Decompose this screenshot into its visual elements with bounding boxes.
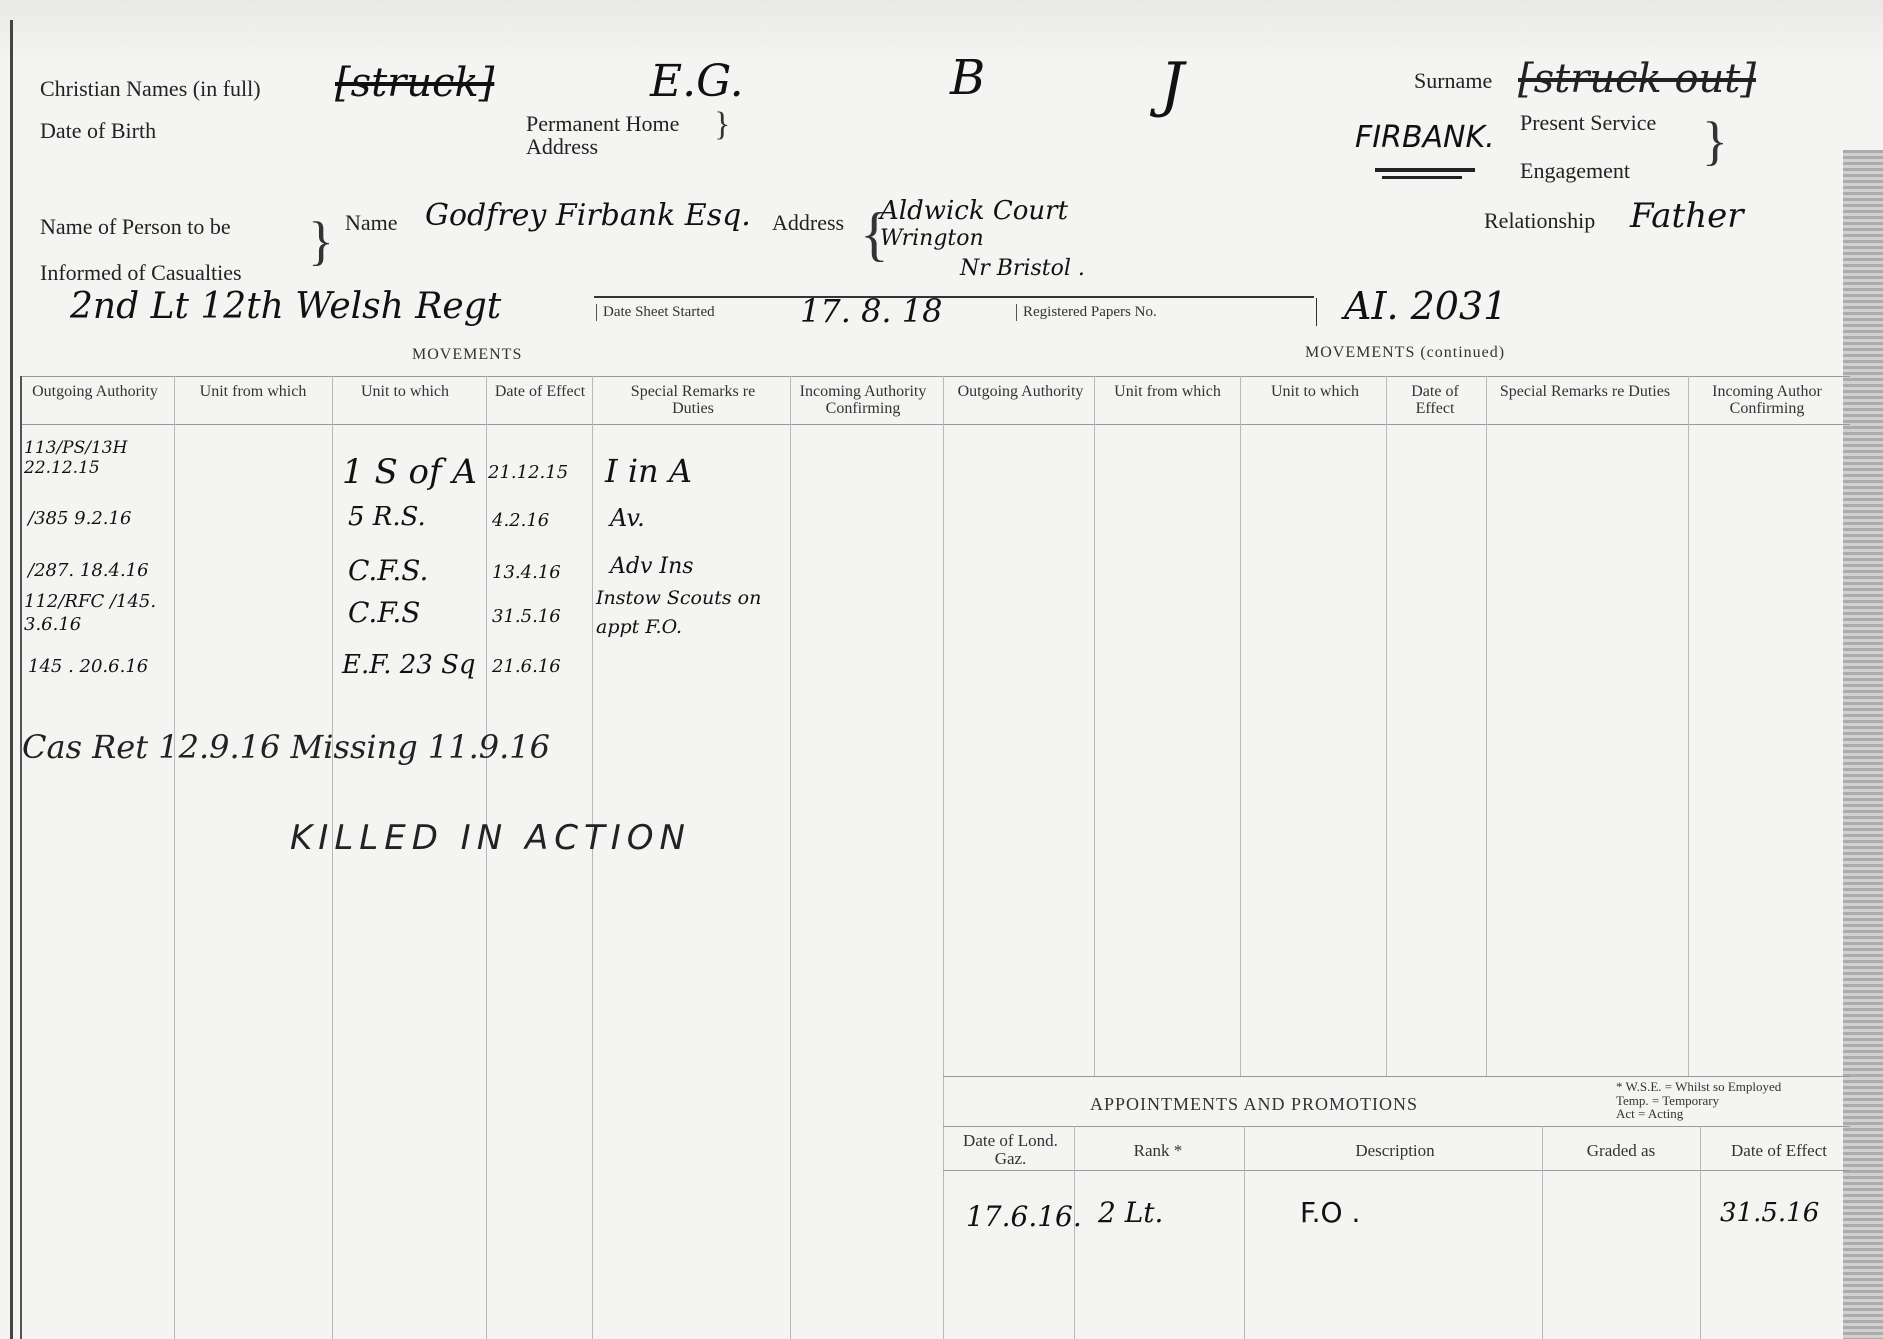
surname-label: Surname [1414,68,1492,94]
brace: } [308,210,334,272]
permanent-home-label: Permanent HomeAddress [526,112,679,158]
appt-date-of-effect: 31.5.16 [1720,1198,1819,1228]
appointments-header-top [943,1126,1850,1127]
row-4-unit-to: C.F.S [348,596,420,629]
movements-title: MOVEMENTS [412,346,522,364]
registered-papers-label: Registered Papers No. [1016,304,1157,321]
informed-label-2: Informed of Casualties [40,260,242,286]
row-5-date: 21.6.16 [492,656,561,677]
row-3-remarks: Adv Ins [610,554,694,579]
row-1-remarks: I in A [605,452,692,490]
legend-wse: * W.S.E. = Whilst so Employed [1616,1080,1781,1094]
row-2-remarks: Av. [610,504,645,532]
killed-in-action-note: KILLED IN ACTION [290,818,691,858]
row-1-date: 21.12.15 [488,462,568,483]
address-line-3: Nr Bristol . [960,256,1085,281]
col-rule [1240,376,1241,1076]
col-unit-to: Unit to which [355,384,455,401]
name-label: Name [345,210,398,236]
col-description: Description [1250,1142,1540,1160]
col-rule [1700,1126,1701,1339]
row-3-outgoing: /287. 18.4.16 [28,560,149,581]
col-unit-from-cont: Unit from which [1100,384,1235,401]
col-rank: Rank * [1078,1142,1238,1160]
date-of-birth-label: Date of Birth [40,118,156,144]
col-date-of-effect: Date of Effect [1704,1142,1854,1160]
permanent-home-text: Permanent Home [526,111,679,136]
row-4-remarks: Instow Scouts on appt F.O. [596,584,786,641]
address-label: Address [772,210,844,236]
col-rule [1688,376,1689,1076]
col-graded-as: Graded as [1546,1142,1696,1160]
col-rule [943,376,944,1339]
row-5-unit-to: E.F. 23 Sq [342,650,476,680]
col-special-remarks-cont: Special Remarks re Duties [1490,384,1680,401]
header-bottom-rule [20,424,1850,425]
row-2-unit-to: 5 R.S. [348,502,426,532]
row-2-date: 4.2.16 [492,510,549,531]
appointments-header-bottom [943,1170,1850,1171]
brace: } [714,106,730,144]
movements-continued-title: MOVEMENTS (continued) [1305,344,1505,362]
col-rule [1386,376,1387,1076]
row-4-outgoing: 112/RFC /145. 3.6.16 [24,590,174,637]
row-4-date: 31.5.16 [492,606,561,627]
name-value: Godfrey Firbank Esq. [425,198,751,233]
col-date-effect: Date of Effect [490,384,590,401]
present-service-label: Present Service [1520,110,1656,136]
col-incoming-authority: Incoming Authority Confirming [788,384,938,418]
col-unit-to-cont: Unit to which [1245,384,1385,401]
permanent-address-text: Address [526,134,598,159]
relationship-value: Father [1630,196,1744,236]
date-sheet-started-value: 17. 8. 18 [800,292,942,330]
col-rule [1542,1126,1543,1339]
casualty-note: Cas Ret 12.9.16 Missing 11.9.16 [22,728,550,766]
christian-name-3: B [950,50,985,106]
col-rule [1486,376,1487,1076]
paper-left-border [10,20,13,1339]
divider [594,296,1314,298]
row-3-date: 13.4.16 [492,562,561,583]
appointments-title: APPOINTMENTS AND PROMOTIONS [1090,1094,1418,1115]
col-rule [20,376,22,1339]
col-rule [1244,1126,1245,1339]
col-special-remarks: Special Remarks re Duties [608,384,778,418]
appt-rank: 2 Lt. [1098,1196,1163,1229]
surname-value: FIRBANK. [1355,120,1495,155]
appt-gazette-date: 17.6.16. [966,1200,1082,1233]
underline [1382,176,1462,179]
col-outgoing-authority-cont: Outgoing Authority [948,384,1093,401]
engagement-label: Engagement [1520,158,1630,184]
divider [1316,298,1317,326]
col-outgoing-authority: Outgoing Authority [20,384,170,401]
col-rule [174,376,175,1339]
legend: * W.S.E. = Whilst so Employed Temp. = Te… [1616,1080,1781,1121]
row-5-outgoing: 145 . 20.6.16 [28,656,148,677]
appointments-top-rule [943,1076,1850,1077]
brace: } [1702,110,1728,172]
col-date-effect-cont: Date of Effect [1390,384,1480,418]
address-line-2: Wrington [880,226,984,251]
informed-label-1: Name of Person to be [40,214,231,240]
relationship-label: Relationship [1484,208,1595,234]
underline [1375,168,1475,172]
row-2-outgoing: /385 9.2.16 [28,508,131,529]
col-rule [790,376,791,1339]
legend-act: Act = Acting [1616,1107,1781,1121]
date-sheet-started-label: Date Sheet Started [596,304,715,321]
col-date-lond-gaz: Date of Lond. Gaz. [948,1132,1073,1168]
rank-unit: 2nd Lt 12th Welsh Regt [70,286,501,327]
row-1-unit-to: 1 S of A [342,452,477,492]
legend-temp: Temp. = Temporary [1616,1094,1781,1108]
paper-top-edge [0,0,1883,60]
paper-right-edge [1843,150,1883,1339]
col-incoming-authority-cont: Incoming Author Confirming [1692,384,1842,418]
registered-papers-value: AI. 2031 [1344,284,1507,328]
christian-names-label: Christian Names (in full) [40,76,261,102]
appt-description: F.O . [1300,1196,1360,1229]
header-top-rule [20,376,1850,377]
christian-name-4: J [1160,50,1184,120]
surname-struck: [struck out] [1518,56,1756,102]
col-unit-from: Unit from which [178,384,328,401]
col-rule [1094,376,1095,1076]
christian-name-2: E.G. [650,56,744,107]
christian-name-1: [struck] [335,60,494,106]
row-3-unit-to: C.F.S. [348,554,428,587]
address-line-1: Aldwick Court [880,196,1068,226]
row-1-outgoing: 113/PS/13H 22.12.15 [24,438,172,479]
